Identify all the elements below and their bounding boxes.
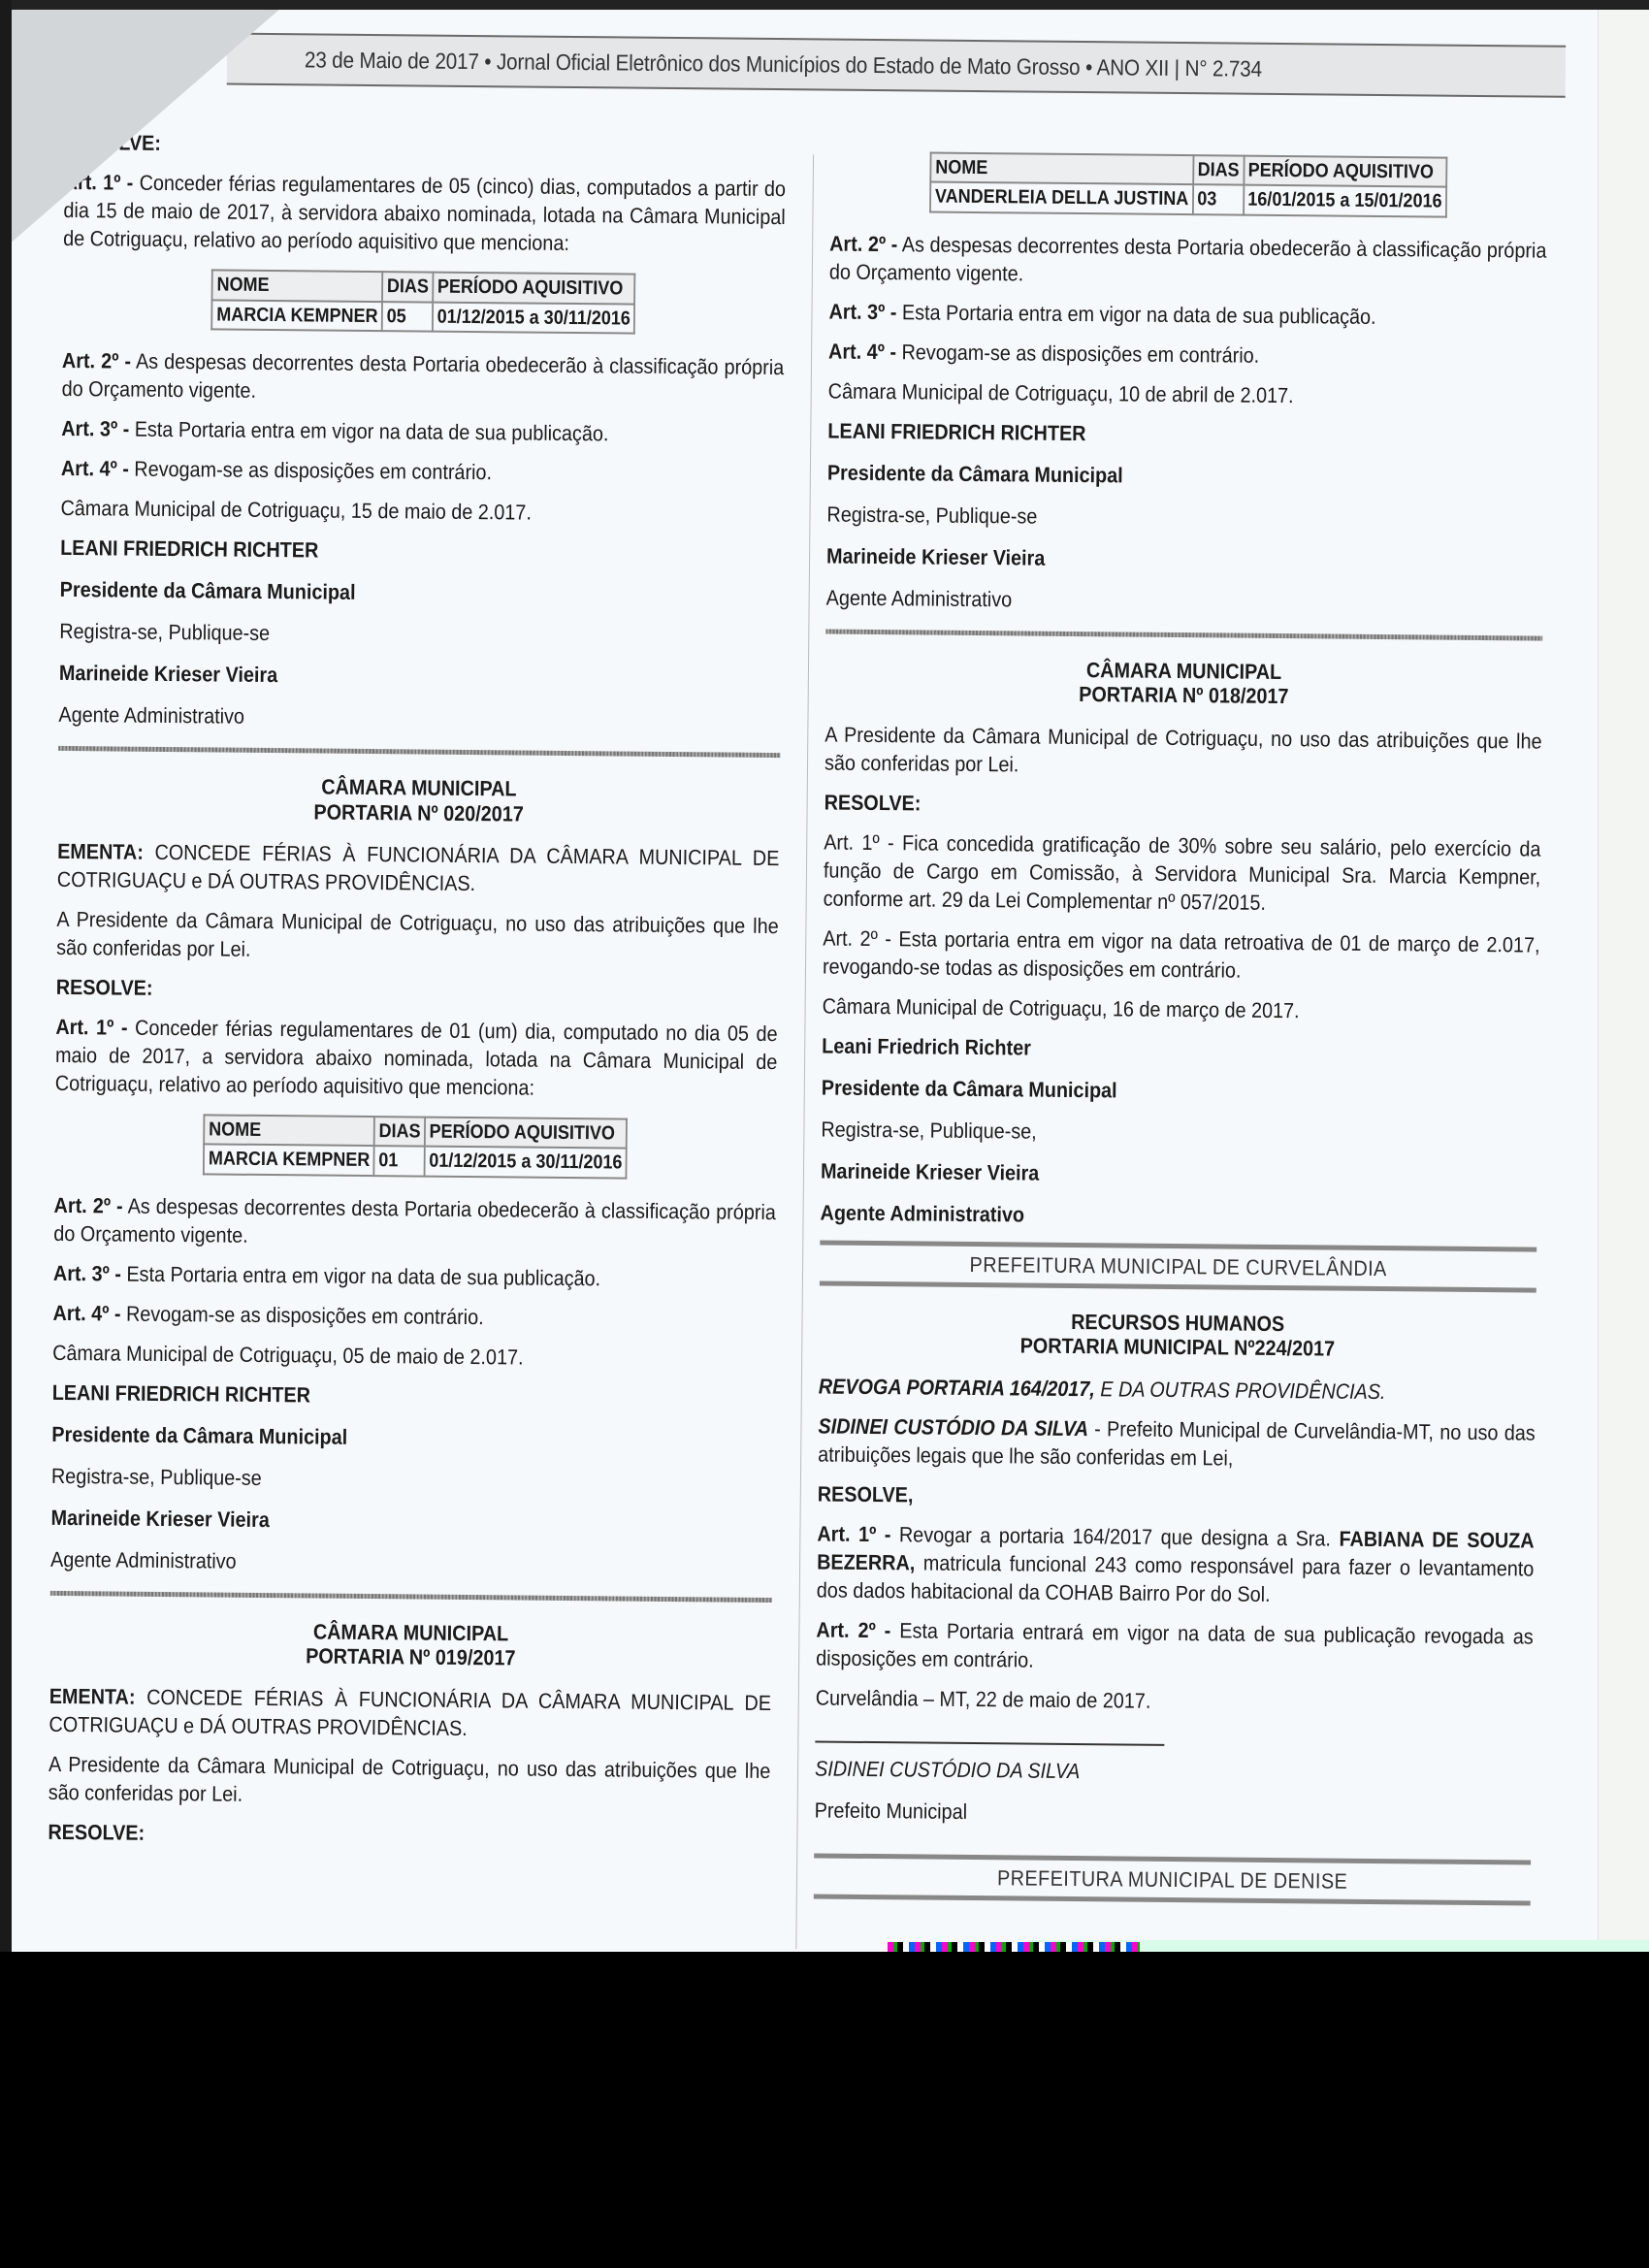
signer-name: LEANI FRIEDRICH RICHTER [60,534,782,568]
vacation-table: NOMEDIASPERÍODO AQUISITIVO VANDERLEIA DE… [929,152,1447,218]
scan-edge-top [0,0,1649,10]
agent-name: Marineide Krieser Vieira [50,1504,772,1539]
agent-role: Agente Administrativo [50,1545,772,1580]
table-row: MARCIA KEMPNER0501/12/2015 a 30/11/2016 [212,300,635,334]
article-4: Art. 4º - Revogam-se as disposições em c… [61,454,783,489]
signature-line [815,1741,1164,1746]
municipality-band-curvelandia: PREFEITURA MUNICIPAL DE CURVELÂNDIA [820,1241,1537,1293]
vacation-table: NOMEDIASPERÍODO AQUISITIVO MARCIA KEMPNE… [211,270,636,335]
resolve-heading: RESOLVE: [48,1818,769,1853]
place-date: Câmara Municipal de Cotriguaçu, 05 de ma… [52,1339,774,1374]
agent-name: Marineide Krieser Vieira [59,659,781,694]
agent-role: Agente Administrativo [820,1199,1536,1234]
article-4: Art. 4º - Revogam-se as disposições em c… [828,337,1545,372]
table-row: VANDERLEIA DELLA JUSTINA0316/01/2015 a 1… [930,182,1446,216]
signer-role: Presidente da Câmara Municipal [51,1420,773,1455]
article-1: Art. 1º - Revogar a portaria 164/2017 qu… [817,1519,1535,1610]
scan-artifact-noise [888,1942,1140,1952]
ementa: EMENTA: CONCEDE FÉRIAS À FUNCIONÁRIA DA … [57,837,780,900]
section-divider [50,1591,772,1603]
vacation-table: NOMEDIASPERÍODO AQUISITIVO MARCIA KEMPNE… [203,1114,628,1179]
section-title-020: CÂMARA MUNICIPAL PORTARIA Nº 020/2017 [57,772,780,828]
section-title-224: RECURSOS HUMANOS PORTARIA MUNICIPAL Nº22… [819,1308,1536,1364]
place-date: Câmara Municipal de Cotriguaçu, 10 de ab… [828,376,1545,411]
register-note: Registra-se, Publique-se [51,1462,773,1497]
register-note: Registra-se, Publique-se [59,617,781,652]
intro: A Presidente da Câmara Municipal de Cotr… [824,720,1542,783]
article-1: Art. 1º - Conceder férias regulamentares… [63,168,786,259]
article-2: Art. 2º - As despesas decorrentes desta … [62,346,785,409]
article-1: Art. 1º - Conceder férias regulamentares… [55,1013,778,1104]
signer-role: Presidente da Câmara Municipal [827,458,1544,493]
left-column: RESOLVE: Art. 1º - Conceder férias regul… [48,128,787,1864]
article-2: Art. 2º - As despesas decorrentes desta … [829,229,1547,292]
ementa: REVOGA PORTARIA 164/2017, E DA OUTRAS PR… [819,1372,1536,1407]
signer-name: Leani Friedrich Richter [822,1031,1538,1066]
article-4: Art. 4º - Revogam-se as disposições em c… [52,1299,774,1334]
article-2: Art. 2º - As despesas decorrentes desta … [53,1191,776,1254]
scanned-page: 23 de Maio de 2017 • Jornal Oficial Elet… [0,0,1649,1952]
scan-edge-left [0,0,12,1952]
section-title-019: CÂMARA MUNICIPAL PORTARIA Nº 019/2017 [49,1617,772,1673]
intro: SIDINEI CUSTÓDIO DA SILVA - Prefeito Mun… [818,1411,1536,1474]
agent-role: Agente Administrativo [58,700,780,735]
article-3: Art. 3º - Esta Portaria entra em vigor n… [828,297,1545,332]
article-2: Art. 2º - Esta portaria entra em vigor n… [823,923,1540,987]
intro: A Presidente da Câmara Municipal de Cotr… [56,905,779,968]
section-title-018: CÂMARA MUNICIPAL PORTARIA Nº 018/2017 [825,656,1543,712]
signer-role: Presidente da Câmara Municipal [60,575,782,610]
agent-name: Marineide Krieser Vieira [826,542,1543,577]
agent-name: Marineide Krieser Vieira [821,1157,1537,1192]
section-divider [825,630,1542,641]
resolve-heading: RESOLVE: [64,128,786,163]
resolve-heading: RESOLVE: [56,973,778,1008]
article-3: Art. 3º - Esta Portaria entra em vigor n… [61,414,783,449]
place-date: Câmara Municipal de Cotriguaçu, 16 de ma… [823,991,1539,1026]
municipality-band-denise: PREFEITURA MUNICIPAL DE DENISE [814,1854,1532,1906]
signer-role: Prefeito Municipal [815,1797,1532,1831]
resolve-heading: RESOLVE: [824,788,1541,823]
signer-name: LEANI FRIEDRICH RICHTER [827,416,1544,451]
table-row: MARCIA KEMPNER0101/12/2015 a 30/11/2016 [204,1145,627,1179]
right-column: NOMEDIASPERÍODO AQUISITIVO VANDERLEIA DE… [814,155,1548,1928]
place-date: Câmara Municipal de Cotriguaçu, 15 de ma… [60,494,782,529]
agent-role: Agente Administrativo [826,584,1543,619]
signer-name: LEANI FRIEDRICH RICHTER [52,1378,774,1413]
intro: A Presidente da Câmara Municipal de Cotr… [48,1750,771,1813]
newspaper-page: 23 de Maio de 2017 • Jornal Oficial Elet… [0,0,1600,1952]
resolve-heading: RESOLVE, [818,1479,1535,1514]
register-note: Registra-se, Publique-se [826,501,1543,535]
scan-edge-right [1598,0,1649,1952]
register-note: Registra-se, Publique-se, [821,1116,1537,1150]
signer-name: SIDINEI CUSTÓDIO DA SILVA [815,1755,1532,1790]
article-1: Art. 1º - Fica concedida gratificação de… [824,827,1541,919]
signer-role: Presidente da Câmara Municipal [822,1073,1538,1108]
section-divider [58,746,780,758]
ementa: EMENTA: CONCEDE FÉRIAS À FUNCIONÁRIA DA … [48,1682,771,1745]
place-date: Curvelândia – MT, 22 de maio de 2017. [816,1683,1533,1718]
article-3: Art. 3º - Esta Portaria entra em vigor n… [53,1259,775,1294]
column-divider [795,154,814,1949]
article-2: Art. 2º - Esta Portaria entrará em vigor… [816,1615,1534,1678]
